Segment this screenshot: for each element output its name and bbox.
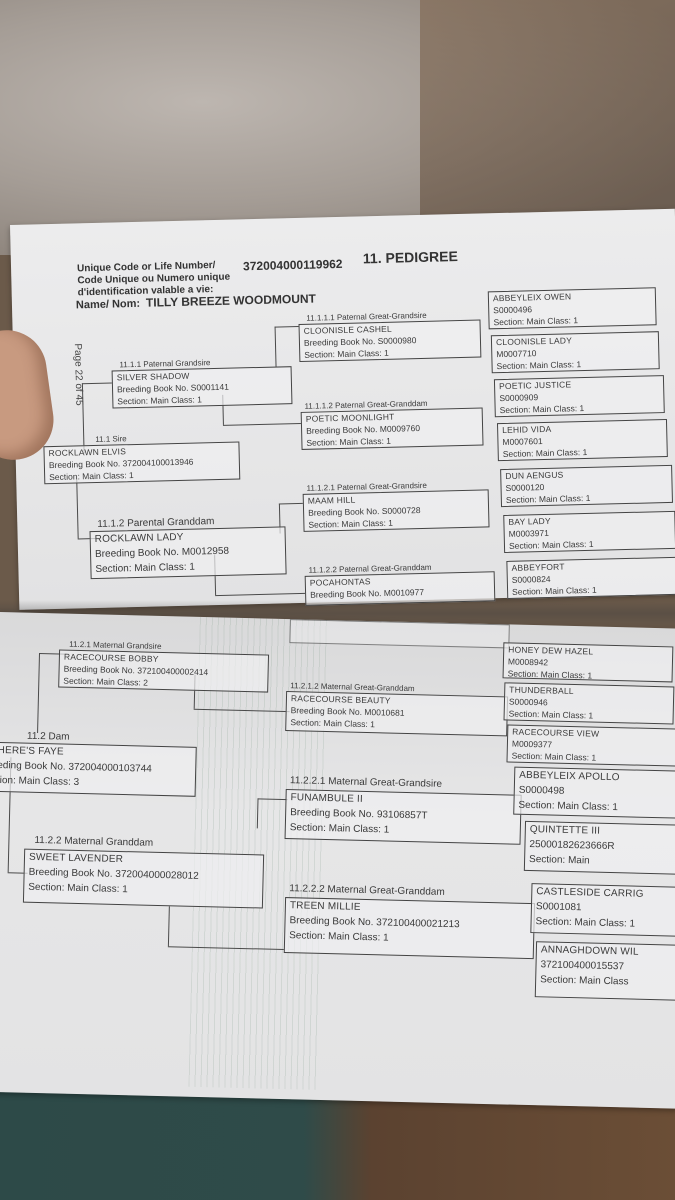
section-class: Section: Main Class	[540, 972, 675, 991]
gen5-card[interactable]: DUN AENGUS S0000120 Section: Main Class:…	[500, 465, 673, 507]
gen5-card[interactable]: CASTLESIDE CARRIG S0001081 Section: Main…	[530, 883, 675, 937]
sire-role: 11.1 Sire	[95, 434, 127, 444]
unique-code-value: 372004000119962	[243, 257, 343, 273]
pgg-1121-card[interactable]: MAAM HILL Breeding Book No. S0000728 Sec…	[303, 489, 490, 532]
paternal-grandsire-card[interactable]: SILVER SHADOW Breeding Book No. S0001141…	[112, 366, 293, 408]
gen5-card[interactable]: ANNAGHDOWN WIL 372100400015537 Section: …	[535, 941, 675, 1001]
connector	[82, 383, 112, 385]
connector	[82, 383, 85, 453]
maternal-granddam-role: 11.2.2 Maternal Granddam	[34, 835, 153, 849]
mgg-1222-card[interactable]: TREEN MILLIE Breeding Book No. 372100400…	[284, 897, 535, 959]
connector	[275, 326, 299, 328]
section-class: Section: Main Class: 1	[508, 667, 668, 683]
connector	[275, 327, 277, 367]
section-class: Section: Main Class: 1	[493, 312, 651, 328]
pgg-1112-card[interactable]: POETIC MOONLIGHT Breeding Book No. M0009…	[301, 408, 484, 450]
mgg-1221-card[interactable]: FUNAMBULE II Breeding Book No. 93106857T…	[285, 789, 522, 845]
sire-card[interactable]: ROCKLAWN ELVIS Breeding Book No. 3720041…	[43, 441, 240, 484]
section-class: Section: Main Class: 1	[518, 798, 675, 817]
gen5-card[interactable]: ABBEYLEIX APOLLO S0000498 Section: Main …	[513, 767, 675, 819]
section-class: Section: Main Class: 1	[500, 400, 660, 416]
gen5-card[interactable]: LEHID VIDA M0007601 Section: Main Class:…	[497, 419, 668, 461]
connector	[279, 503, 303, 505]
section-class: Section: Main Class: 1	[95, 557, 281, 577]
gen5-card[interactable]: ABBEYFORT S0000824 Section: Main Class: …	[506, 557, 675, 599]
connector	[76, 478, 79, 538]
section-class: Section: Main Class: 1	[535, 914, 675, 933]
section-class: Section: Main	[529, 852, 675, 871]
maternal-granddam-card[interactable]: SWEET LAVENDER Breeding Book No. 3720040…	[23, 849, 264, 909]
gen5-card[interactable]: QUINTETTE III 25000182623666R Section: M…	[524, 821, 675, 875]
connector	[37, 653, 40, 733]
gen5-card[interactable]: BAY LADY M0003971 Section: Main Class: 1	[503, 511, 675, 553]
pedigree-page-top: Unique Code or Life Number/ Code Unique …	[10, 209, 675, 610]
gen5-card[interactable]: CLOONISLE LADY M0007710 Section: Main Cl…	[491, 331, 660, 373]
gen5-card[interactable]: POETIC JUSTICE S0000909 Section: Main Cl…	[494, 375, 665, 417]
section-class: Section: Main Class: 1	[506, 490, 668, 506]
connector	[223, 423, 301, 426]
connector	[168, 906, 170, 946]
section-title: 11. PEDIGREE	[363, 248, 458, 266]
wood-surface	[420, 0, 675, 240]
gen5-card[interactable]: HONEY DEW HAZEL M0008942 Section: Main C…	[503, 642, 674, 682]
pedigree-page-bottom: 11.2.1 Maternal Grandsire RACECOURSE BOB…	[0, 612, 675, 1109]
section-class: Section: Main Class: 1	[509, 707, 669, 723]
dam-card[interactable]: HERE'S FAYE eding Book No. 3720040001037…	[0, 742, 197, 797]
section-class: Section: Main Class: 1	[503, 444, 663, 460]
paternal-granddam-card[interactable]: ROCKLAWN LADY Breeding Book No. M0012958…	[90, 526, 287, 579]
section-class: Section: Main Class: 1	[512, 582, 674, 598]
pgg-1111-card[interactable]: CLOONISLE CASHEL Breeding Book No. S0000…	[299, 320, 482, 362]
connector	[215, 593, 305, 597]
gen5-card[interactable]: THUNDERBALL S0000946 Section: Main Class…	[504, 682, 675, 724]
gen5-card[interactable]: ABBEYLEIX OWEN S0000496 Section: Main Cl…	[488, 287, 657, 329]
name-label: Name/ Nom:	[76, 298, 140, 312]
mgg-1212-card[interactable]: RACECOURSE BEAUTY Breeding Book No. M001…	[285, 691, 508, 736]
gen5-card[interactable]: RACECOURSE VIEW M0009377 Section: Main C…	[506, 724, 675, 766]
section-class: Section: Main Class: 1	[509, 536, 671, 552]
maternal-grandsire-card[interactable]: RACECOURSE BOBBY Breeding Book No. 37210…	[58, 649, 269, 692]
floor-background	[0, 1090, 675, 1200]
dam-role: 11.2 Dam	[27, 731, 70, 743]
section-class: Section: Main Class: 1	[496, 356, 654, 372]
section-class: Section: Main Class: 1	[511, 750, 671, 766]
horse-name: TILLY BREEZE WOODMOUNT	[146, 292, 316, 310]
